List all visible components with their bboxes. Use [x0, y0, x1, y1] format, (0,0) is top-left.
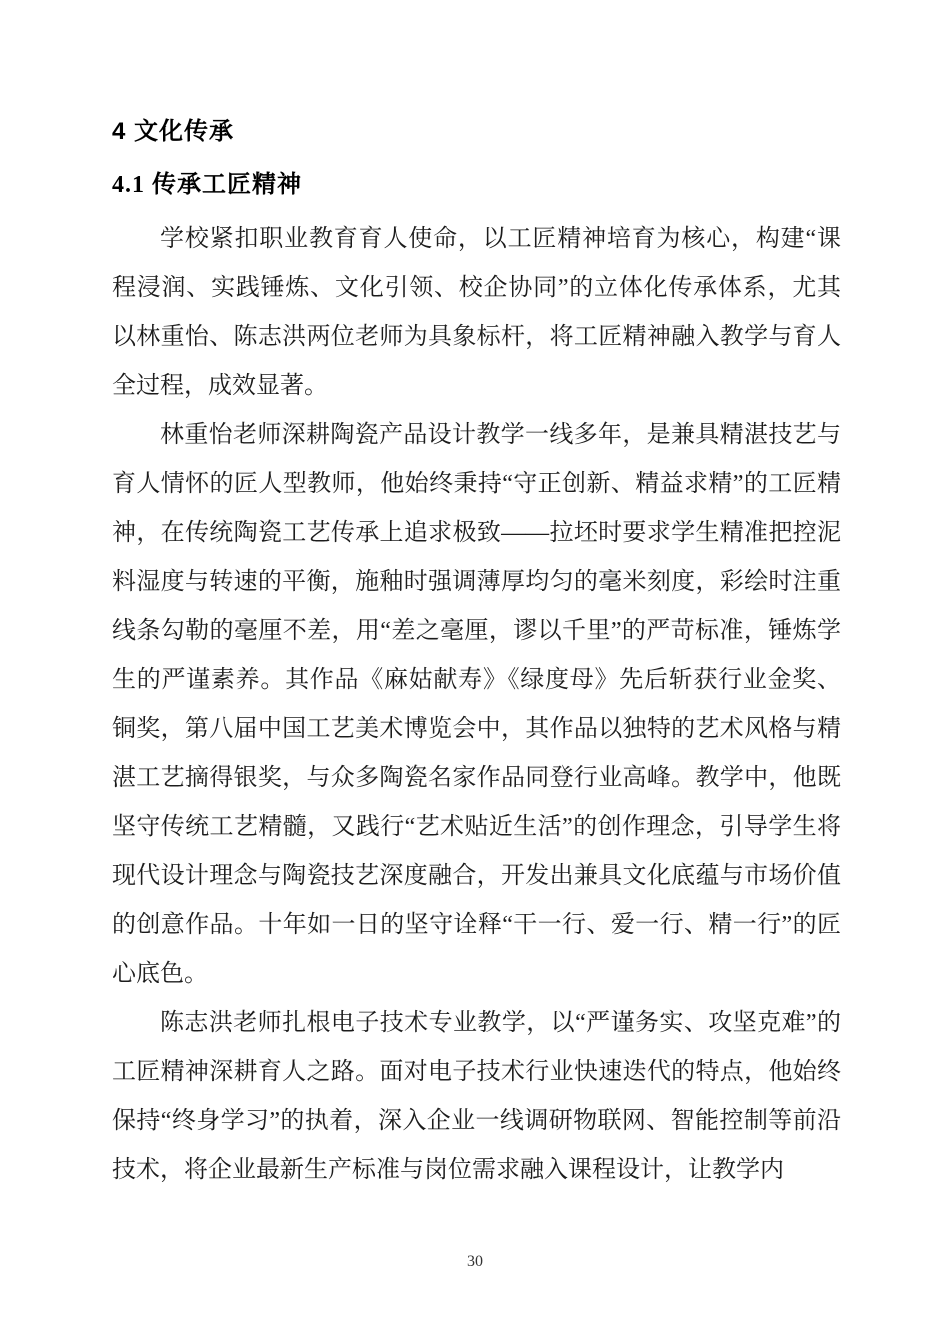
document-page: 4 文化传承 4.1 传承工匠精神 学校紧扣职业教育育人使命，以工匠精神培育为核… — [0, 0, 950, 1343]
paragraph-intro: 学校紧扣职业教育育人使命，以工匠精神培育为核心，构建“课程浸润、实践锤炼、文化引… — [112, 215, 841, 411]
body-text: 学校紧扣职业教育育人使命，以工匠精神培育为核心，构建“课程浸润、实践锤炼、文化引… — [112, 215, 841, 1195]
section-heading: 4 文化传承 — [112, 116, 841, 148]
paragraph-chen-zhihong: 陈志洪老师扎根电子技术专业教学，以“严谨务实、攻坚克难”的工匠精神深耕育人之路。… — [112, 999, 841, 1195]
subsection-heading: 4.1 传承工匠精神 — [112, 169, 841, 201]
paragraph-lin-zhongyi: 林重怡老师深耕陶瓷产品设计教学一线多年，是兼具精湛技艺与育人情怀的匠人型教师，他… — [112, 411, 841, 999]
page-number: 30 — [0, 1253, 950, 1271]
